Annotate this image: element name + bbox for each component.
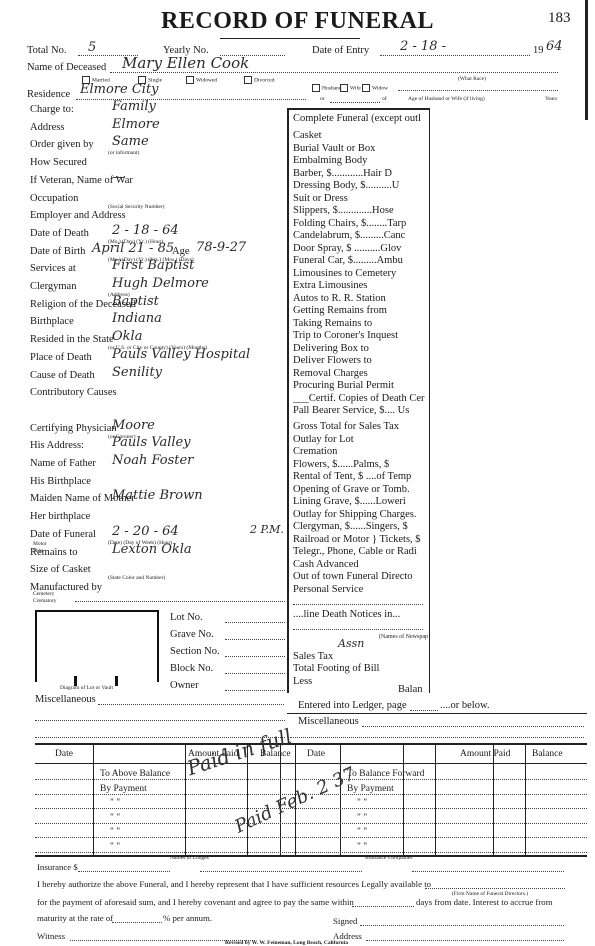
motor-ship-label: MotorShip xyxy=(33,541,47,555)
left-ledger-row: " " xyxy=(110,827,120,837)
cost-line-item: Suit or Dress xyxy=(293,193,348,204)
page-edge xyxy=(585,0,588,120)
cost-line-item: Embalming Body xyxy=(293,155,367,166)
field-label: Date of Birth xyxy=(30,246,85,257)
cost-line-item: Flowers, $......Palms, $ xyxy=(293,459,389,470)
date-of-entry-value: 2 - 18 - xyxy=(400,39,446,54)
cost-line-item: Cash Advanced xyxy=(293,559,359,570)
right-ledger-row: " " xyxy=(357,827,367,837)
field-label: Cause of Death xyxy=(30,370,95,381)
residence-value: Elmore City xyxy=(80,82,159,97)
cost-line-item: Taking Remains to xyxy=(293,318,372,329)
spouse-of: of xyxy=(382,96,387,102)
spouse-husband[interactable]: Husband xyxy=(312,84,342,92)
signed-label: Signed xyxy=(333,916,357,926)
cost-line-item: Removal Charges xyxy=(293,368,368,379)
cost-line-item: Out of town Funeral Directo xyxy=(293,571,413,582)
field-label: His Address: xyxy=(30,440,84,451)
cost-line-item: Autos to R. R. Station xyxy=(293,293,386,304)
marital-widowed[interactable]: Widowed xyxy=(186,76,217,84)
field-value[interactable]: Lexton Okla xyxy=(112,542,192,557)
field-value[interactable]: Indiana xyxy=(112,311,162,326)
payment-text: for the payment of aforesaid sum, and I … xyxy=(37,897,354,907)
right-amount-paid-header: Amount Paid xyxy=(460,749,510,759)
lot-field-label: Block No. xyxy=(170,663,213,674)
left-ledger-row: By Payment xyxy=(100,784,147,794)
cost-line-item: Casket xyxy=(293,130,322,141)
lot-field-label: Owner xyxy=(170,680,199,691)
cost-line-item: Dressing Body, $..........U xyxy=(293,180,399,191)
field-value[interactable]: Family xyxy=(112,99,156,114)
field-value[interactable]: Baptist xyxy=(112,294,159,309)
cost-line-item: Barber, $............Hair D xyxy=(293,168,392,179)
field-label: Resided in the State xyxy=(30,334,114,345)
field-label: Date of Death xyxy=(30,228,89,239)
less-value: Assn xyxy=(338,637,364,650)
field-caption: (or informant) xyxy=(108,150,139,156)
lot-field-label: Grave No. xyxy=(170,629,214,640)
spouse-age-label: Age of Husband or Wife (if living) xyxy=(408,96,485,102)
field-value[interactable]: Moore xyxy=(112,418,155,433)
left-ledger-row: " " xyxy=(110,842,120,852)
total-no-label: Total No. xyxy=(27,45,67,56)
miscellaneous-label: Miscellaneous xyxy=(35,694,96,705)
per-annum-label: % per annum. xyxy=(163,913,212,923)
insurance-companies-label: Insurance Companies xyxy=(365,855,413,861)
field-label: Contributory Causes xyxy=(30,387,117,398)
days-text: days from date. Interest to accrue from xyxy=(416,897,553,907)
field-label: Size of Casket xyxy=(30,564,91,575)
year-value: 64 xyxy=(546,39,563,54)
witness-label: Witness xyxy=(37,931,65,941)
cost-line-item xyxy=(293,621,423,630)
year-prefix: 19 xyxy=(533,45,544,56)
field-caption: (State Color and Number) xyxy=(108,575,165,581)
field-value[interactable]: Same xyxy=(112,134,149,149)
or-below-label: ....or below. xyxy=(440,700,489,711)
revised-credit: Revised by W. W. Feineman, Long Beach, C… xyxy=(225,940,348,946)
diagram-caption: Diagram of Lot or Vault xyxy=(60,685,113,691)
field-label: Clergyman xyxy=(30,281,76,292)
lot-field-label: Section No. xyxy=(170,646,220,657)
authorize-text: I hereby authorize the above Funeral, an… xyxy=(37,879,431,889)
maturity-text: maturity at the rate of xyxy=(37,913,113,923)
field-label: Employer and Address xyxy=(30,210,126,221)
complete-funeral-header: Complete Funeral (except outl xyxy=(293,113,421,124)
right-balance-header: Balance xyxy=(532,749,563,759)
field-value[interactable]: Hugh Delmore xyxy=(112,276,209,291)
page-number: 183 xyxy=(548,10,571,27)
field-value[interactable]: April 21 - 85 xyxy=(92,241,174,256)
cost-line-item: Sales Tax xyxy=(293,651,333,662)
cost-line-item: Total Footing of Bill xyxy=(293,663,379,674)
field-value[interactable]: — xyxy=(112,170,125,185)
years-label: Years xyxy=(545,96,557,102)
right-ledger-row: To Balance Forward xyxy=(347,769,424,779)
field-label: Occupation xyxy=(30,193,78,204)
cost-line-item: Gross Total for Sales Tax xyxy=(293,421,399,432)
cost-line-item: Opening of Grave or Tomb. xyxy=(293,484,410,495)
left-date-header: Date xyxy=(55,749,73,759)
name-of-deceased-label: Name of Deceased xyxy=(27,62,106,73)
marital-divorced[interactable]: Divorced xyxy=(244,76,274,84)
cost-line-item: Folding Chairs, $........Tarp xyxy=(293,218,406,229)
cost-line-item: Burial Vault or Box xyxy=(293,143,375,154)
cost-line-item: Cremation xyxy=(293,446,337,457)
right-ledger-row: " " xyxy=(357,798,367,808)
spouse-widow[interactable]: Widow xyxy=(362,84,388,92)
date-of-entry-label: Date of Entry xyxy=(312,45,369,56)
field-value[interactable]: Mattie Brown xyxy=(112,488,203,503)
left-ledger-row: " " xyxy=(110,813,120,823)
cost-line-item: Outlay for Shipping Charges. xyxy=(293,509,416,520)
funeral-hour: 2 P.M. xyxy=(250,523,284,536)
insurance-label: Insurance $ xyxy=(37,862,78,872)
field-value[interactable]: Elmore xyxy=(112,117,160,132)
field-value[interactable]: Pauls Valley xyxy=(112,435,191,450)
spouse-wife[interactable]: Wife xyxy=(340,84,361,92)
field-label: His Birthplace xyxy=(30,476,91,487)
cost-line-item: Rental of Tent, $ ....of Temp xyxy=(293,471,411,482)
cost-line-item: Deliver Flowers to xyxy=(293,355,372,366)
name-of-deceased-value: Mary Ellen Cook xyxy=(122,54,249,72)
cost-line-item: Personal Service xyxy=(293,584,363,595)
cost-line-item: Door Spray, $ ..........Glov xyxy=(293,243,401,254)
field-label: Date of Funeral xyxy=(30,529,96,540)
cost-line-item: Funeral Car, $.........Ambu xyxy=(293,255,403,266)
total-no-value: 5 xyxy=(88,40,96,55)
cost-line-item: Slippers, $.............Hose xyxy=(293,205,394,216)
cost-line-item: Telegr., Phone, Cable or Radi xyxy=(293,546,417,557)
field-value[interactable]: 2 - 18 - 64 xyxy=(112,223,179,238)
cost-line-item: Trip to Coroner's Inquest xyxy=(293,330,398,341)
field-value[interactable]: Noah Foster xyxy=(112,453,193,468)
lot-field-label: Lot No. xyxy=(170,612,203,623)
right-ledger-row: " " xyxy=(357,813,367,823)
field-value[interactable]: Pauls Valley Hospital xyxy=(112,347,250,362)
field-label: Her birthplace xyxy=(30,511,90,522)
right-ledger-row: By Payment xyxy=(347,784,394,794)
right-ledger-row: " " xyxy=(357,842,367,852)
field-label: Birthplace xyxy=(30,316,74,327)
field-label: Charge to: xyxy=(30,104,74,115)
cost-line-item: Extra Limousines xyxy=(293,280,367,291)
title-underline xyxy=(220,38,360,39)
ledger-miscellaneous-label: Miscellaneous xyxy=(298,716,359,727)
cost-line-item: ....line Death Notices in... xyxy=(293,609,400,620)
left-ledger-row: To Above Balance xyxy=(100,769,170,779)
entered-into-ledger-label: Entered into Ledger, page xyxy=(298,700,407,711)
cost-line-item: Limousines to Cemetery xyxy=(293,268,396,279)
field-label: Services at xyxy=(30,263,76,274)
cost-line-item: Lining Grave, $......Loweri xyxy=(293,496,406,507)
field-value[interactable]: Senility xyxy=(112,365,162,380)
cost-line-item: Railroad or Motor } Tickets, $ xyxy=(293,534,421,545)
age-value: 78-9-27 xyxy=(196,240,246,255)
cost-line-item: Less xyxy=(293,676,312,687)
left-ledger-row: " " xyxy=(110,798,120,808)
field-label: Certifying Physician xyxy=(30,423,117,434)
cost-line-item: Procuring Burial Permit xyxy=(293,380,394,391)
cost-line-item: (Names of Newspap xyxy=(379,634,428,640)
field-label: Order given by xyxy=(30,139,94,150)
cost-line-item: Pall Bearer Service, $.... Us xyxy=(293,405,409,416)
field-label: Name of Father xyxy=(30,458,96,469)
residence-label: Residence xyxy=(27,89,70,100)
field-value[interactable]: Okla xyxy=(112,329,142,344)
what-race-label: (What Race) xyxy=(458,76,486,82)
lot-diagram xyxy=(35,610,159,682)
cost-line-item: ___Certif. Copies of Death Cer xyxy=(293,393,425,404)
names-of-lodges-label: Names of Lodges xyxy=(170,855,209,861)
cost-itemization-panel: Complete Funeral (except outlCasketBuria… xyxy=(287,108,430,693)
cost-line-item: Getting Remains from xyxy=(293,305,387,316)
spouse-or: or xyxy=(320,96,325,102)
field-label: Address xyxy=(30,122,64,133)
right-date-header: Date xyxy=(307,749,325,759)
cost-line-item xyxy=(293,596,423,605)
cost-line-item: Delivering Box to xyxy=(293,343,369,354)
field-value[interactable]: 2 - 20 - 64 xyxy=(112,524,179,539)
field-label: How Secured xyxy=(30,157,87,168)
cost-line-item: Outlay for Lot xyxy=(293,434,354,445)
field-label: Place of Death xyxy=(30,352,92,363)
field-value[interactable]: First Baptist xyxy=(112,258,194,273)
age-label: Age xyxy=(172,246,190,257)
page-title: RECORD OF FUNERAL xyxy=(0,8,595,35)
balance-label: Balan xyxy=(398,684,423,695)
cemetery-label: CemeteryCrematory xyxy=(33,591,57,605)
cost-line-item: Candelabrum, $.........Canc xyxy=(293,230,405,241)
cost-line-item: Clergyman, $......Singers, $ xyxy=(293,521,408,532)
